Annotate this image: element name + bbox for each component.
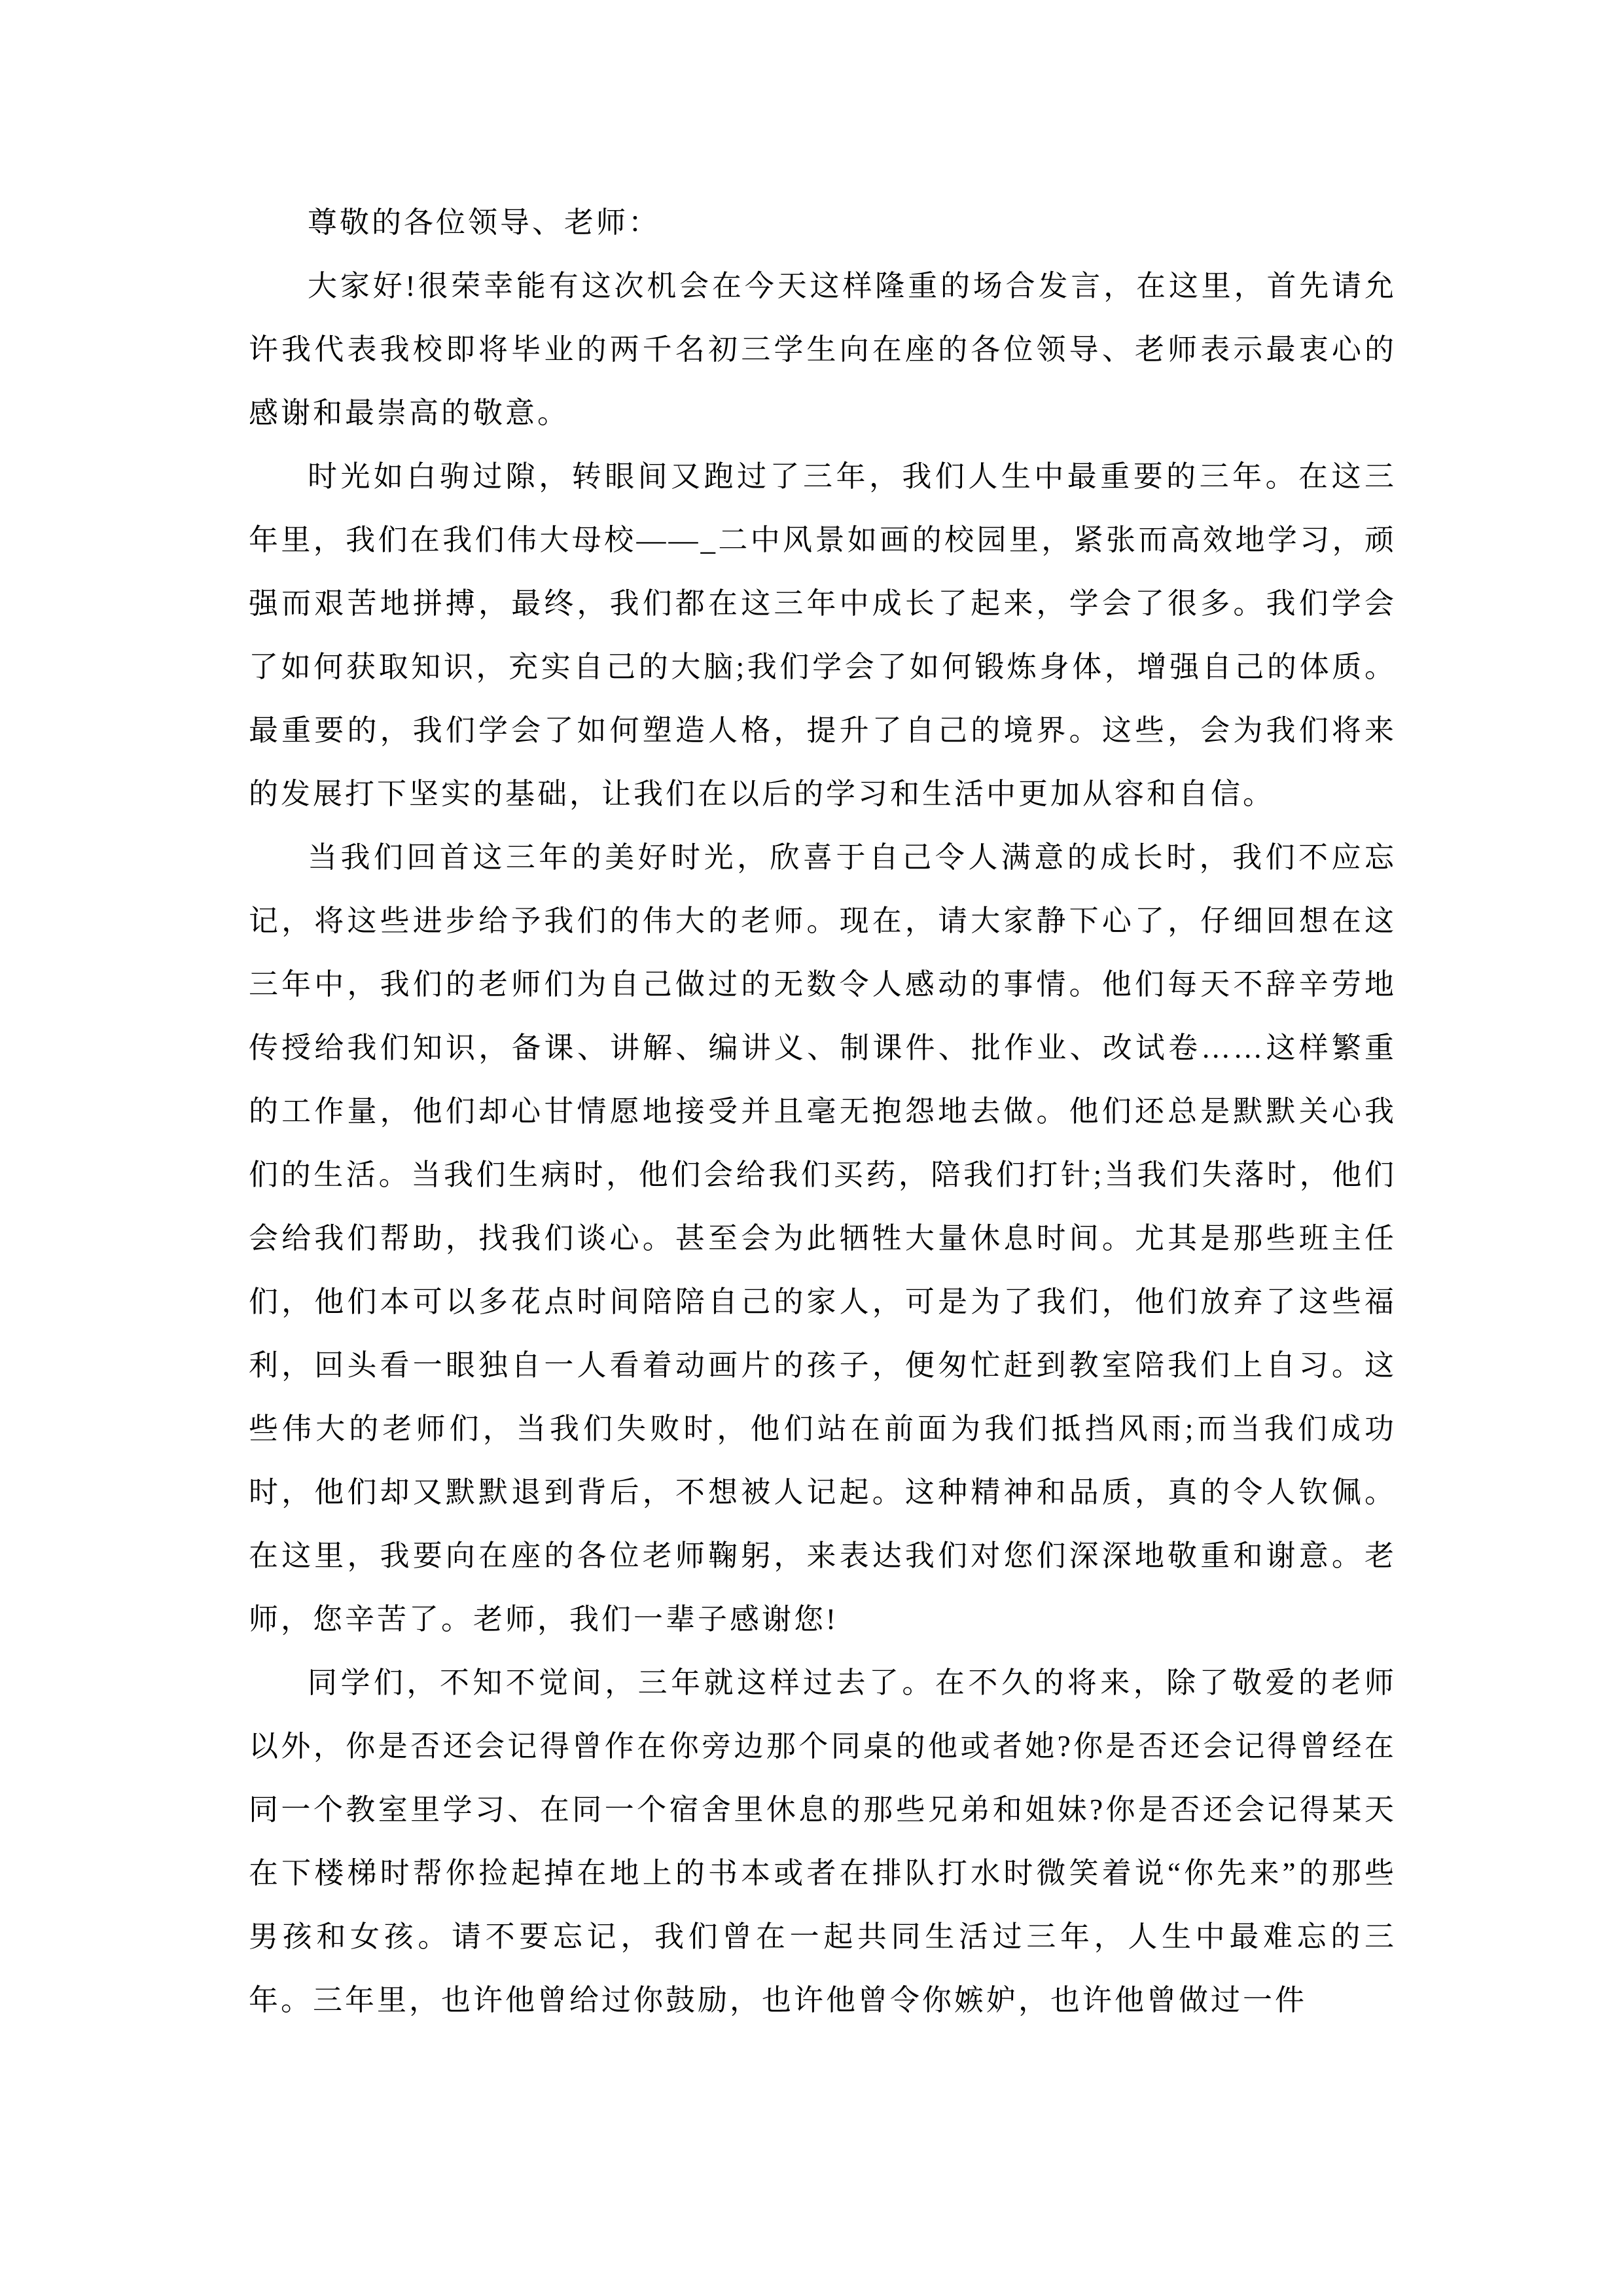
paragraph-three-years: 时光如白驹过隙，转眼间又跑过了三年，我们人生中最重要的三年。在这三年里，我们在我… bbox=[249, 445, 1397, 826]
paragraph-greeting: 大家好!很荣幸能有这次机会在今天这样隆重的场合发言，在这里，首先请允许我代表我校… bbox=[249, 255, 1397, 445]
paragraph-classmates: 同学们，不知不觉间，三年就这样过去了。在不久的将来，除了敬爱的老师以外，你是否还… bbox=[249, 1651, 1397, 2032]
paragraph-salutation: 尊敬的各位领导、老师： bbox=[249, 191, 1397, 255]
paragraph-thank-teachers: 当我们回首这三年的美好时光，欣喜于自己令人满意的成长时，我们不应忘记，将这些进步… bbox=[249, 826, 1397, 1651]
document-page: 尊敬的各位领导、老师： 大家好!很荣幸能有这次机会在今天这样隆重的场合发言，在这… bbox=[0, 0, 1623, 2296]
